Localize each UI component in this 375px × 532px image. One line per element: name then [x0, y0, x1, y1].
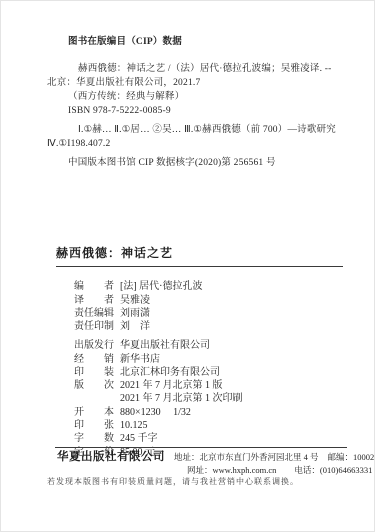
publisher-postcode: 邮编：100028: [328, 452, 375, 462]
publisher-footer: 华夏出版社有限公司 地址：北京市东直门外香河园北里 4 号邮编：100028 网…: [57, 451, 354, 477]
cip-record-number: 中国版本图书馆 CIP 数据核字(2020)第 256561 号: [47, 156, 348, 170]
credit-label: 责任编辑: [74, 307, 120, 320]
title-divider: 赫西俄德：神话之艺: [56, 244, 343, 267]
cip-classification-line-1: Ⅰ.①赫… Ⅱ.①居… ②吴… Ⅲ.①赫西俄德（前 700）—诗歌研究: [47, 123, 348, 137]
credit-value: [法] 居代·德拉孔波: [120, 281, 203, 292]
publication-value: 2021 年 7 月北京第 1 次印刷: [120, 393, 243, 404]
cip-block: 图书在版编目（CIP）数据 赫西俄德：神话之艺 /（法）居代·德拉孔波编；吴雅凌…: [47, 35, 348, 170]
publisher-address: 地址：北京市东直门外香河园北里 4 号: [174, 452, 319, 462]
cip-record-line-2: 北京：华夏出版社有限公司，2021.7: [47, 76, 348, 90]
cip-classification-line-2: Ⅳ.①I198.407.2: [47, 137, 348, 151]
publication-value: 2021 年 7 月北京第 1 版: [120, 380, 223, 391]
cip-series: （西方传统：经典与解释）: [47, 90, 348, 104]
credit-row: 编 者[法] 居代·德拉孔波: [59, 267, 203, 280]
credits-list: 编 者[法] 居代·德拉孔波 译 者吴雅凌 责任编辑刘雨潇 责任印制刘 洋: [59, 267, 203, 320]
publication-row: 出版发行华夏出版社有限公司: [59, 326, 243, 339]
cip-header: 图书在版编目（CIP）数据: [47, 35, 348, 49]
credit-value: 吴雅凌: [120, 295, 150, 306]
book-title: 赫西俄德：神话之艺: [56, 244, 343, 261]
publication-value: 245 千字: [120, 433, 158, 444]
publisher-contact: 地址：北京市东直门外香河园北里 4 号邮编：100028 网址：www.hxph…: [174, 451, 375, 477]
publication-value: 880×1230 1/32: [120, 407, 191, 418]
publication-label: 印 装: [74, 366, 120, 379]
copyright-page: 图书在版编目（CIP）数据 赫西俄德：神话之艺 /（法）居代·德拉孔波编；吴雅凌…: [0, 0, 375, 532]
quality-notice: 若发现本版图书有印装质量问题，请与我社营销中心联系调换。: [47, 476, 299, 487]
publication-value: 新华书店: [120, 354, 160, 365]
publisher-website: 网址：www.hxph.com.cn: [187, 465, 276, 475]
publication-value: 10.125: [120, 420, 148, 431]
publication-label: 出版发行: [74, 339, 120, 352]
publication-label: 经 销: [74, 353, 120, 366]
publisher-name: 华夏出版社有限公司: [57, 451, 165, 464]
publication-label: 版 次: [74, 379, 120, 392]
credit-label: 编 者: [74, 280, 120, 293]
publication-label: 字 数: [74, 432, 120, 445]
publication-label: 开 本: [74, 406, 120, 419]
credit-value: 刘雨潇: [120, 308, 150, 319]
publication-value: 北京汇林印务有限公司: [120, 367, 220, 378]
publisher-phone: 电话：(010)64663331（转）: [294, 465, 375, 475]
credit-label: 译 者: [74, 294, 120, 307]
cip-record-line-1: 赫西俄德：神话之艺 /（法）居代·德拉孔波编；吴雅凌译. --: [47, 62, 348, 76]
publication-value: 华夏出版社有限公司: [120, 340, 210, 351]
publisher-address-line: 地址：北京市东直门外香河园北里 4 号邮编：100028: [174, 451, 375, 464]
publication-label: 印 张: [74, 419, 120, 432]
footer-divider: [55, 447, 347, 448]
cip-isbn: ISBN 978-7-5222-0085-9: [47, 104, 348, 118]
publication-list: 出版发行华夏出版社有限公司 经 销新华书店 印 装北京汇林印务有限公司 版 次2…: [59, 326, 243, 446]
